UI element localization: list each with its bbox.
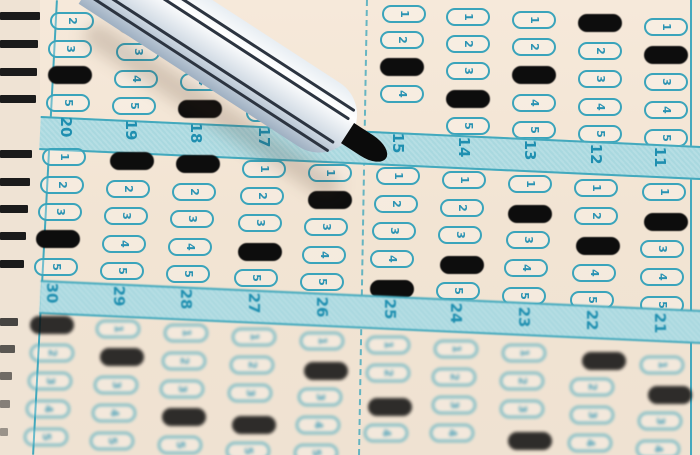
filled-bubble[interactable] [440,256,484,274]
timing-mark [0,260,24,268]
answer-bubble[interactable]: 2 [30,344,74,362]
question-number: 13 [521,136,539,164]
answer-bubble[interactable]: 4 [578,98,622,116]
answer-bubble[interactable]: 3 [228,384,272,402]
filled-bubble[interactable] [644,46,688,64]
question-number: 23 [515,303,533,331]
filled-bubble[interactable] [162,408,206,426]
answer-bubble[interactable]: 2 [240,187,284,205]
answer-bubble[interactable]: 4 [102,235,146,253]
filled-bubble[interactable] [512,66,556,84]
question-number: 19 [122,116,140,144]
question-number: 20 [57,113,75,141]
answer-bubble[interactable]: 4 [92,404,136,422]
question-number: 29 [110,282,128,310]
question-number: 21 [651,309,669,337]
filled-bubble[interactable] [304,362,348,380]
answer-bubble[interactable]: 5 [158,436,202,454]
answer-bubble[interactable]: 2 [446,35,490,53]
timing-mark [0,12,40,20]
filled-bubble[interactable] [110,152,154,170]
answer-bubble[interactable]: 4 [636,440,680,455]
answer-bubble[interactable]: 2 [578,42,622,60]
answer-bubble[interactable]: 3 [28,372,72,390]
answer-bubble[interactable]: 2 [162,352,206,370]
answer-bubble[interactable]: 2 [512,38,556,56]
filled-bubble[interactable] [368,398,412,416]
filled-bubble[interactable] [176,155,220,173]
filled-bubble[interactable] [644,213,688,231]
answer-bubble[interactable]: 3 [438,226,482,244]
answer-bubble[interactable]: 3 [644,73,688,91]
answer-bubble[interactable]: 3 [638,412,682,430]
question-number: 30 [43,279,61,307]
timing-mark [0,318,18,326]
answer-bubble[interactable]: 2 [574,207,618,225]
answer-bubble[interactable]: 4 [640,268,684,286]
answer-bubble[interactable]: 3 [94,376,138,394]
answer-bubble[interactable]: 1 [434,340,478,358]
answer-bubble[interactable]: 1 [446,8,490,26]
filled-bubble[interactable] [238,243,282,261]
answer-bubble[interactable]: 1 [640,356,684,374]
answer-bubble[interactable]: 3 [570,406,614,424]
answer-bubble[interactable]: 1 [574,179,618,197]
right-border-line [690,0,692,455]
timing-mark [0,345,15,353]
answer-bubble[interactable]: 4 [168,238,212,256]
center-divider [358,0,368,455]
timing-mark [0,400,10,408]
answer-bubble[interactable]: 2 [440,199,484,217]
answer-bubble[interactable]: 5 [234,269,278,287]
answer-bubble[interactable]: 3 [238,214,282,232]
question-number: 18 [187,119,205,147]
answer-bubble[interactable]: 2 [500,372,544,390]
answer-bubble[interactable]: 4 [430,424,474,442]
filled-bubble[interactable] [576,237,620,255]
answer-bubble[interactable]: 1 [442,171,486,189]
answer-bubble[interactable]: 2 [366,364,410,382]
filled-bubble[interactable] [446,90,490,108]
answer-bubble[interactable]: 1 [96,320,140,338]
answer-bubble[interactable]: 5 [24,428,68,446]
answer-bubble[interactable]: 1 [382,5,426,23]
answer-bubble[interactable]: 3 [104,207,148,225]
answer-bubble[interactable]: 2 [432,368,476,386]
answer-bubble[interactable]: 1 [232,328,276,346]
answer-bubble[interactable]: 2 [230,356,274,374]
filled-bubble[interactable] [100,348,144,366]
answer-bubble[interactable]: 4 [370,250,414,268]
answer-bubble[interactable]: 5 [166,265,210,283]
timing-mark [0,205,28,213]
pen-tip [341,123,393,168]
timing-mark [0,372,12,380]
answer-bubble[interactable]: 2 [106,180,150,198]
answer-bubble[interactable]: 3 [304,218,348,236]
filled-bubble[interactable] [648,386,692,404]
filled-bubble[interactable] [582,352,626,370]
filled-bubble[interactable] [48,66,92,84]
answer-bubble[interactable]: 1 [512,11,556,29]
answer-bubble[interactable]: 3 [38,203,82,221]
timing-mark [0,232,26,240]
answer-bubble[interactable]: 1 [508,175,552,193]
answer-bubble[interactable]: 3 [500,400,544,418]
answer-bubble[interactable]: 4 [572,264,616,282]
answer-bubble[interactable]: 4 [296,416,340,434]
answer-bubble[interactable]: 1 [644,18,688,36]
answer-bubble[interactable]: 1 [300,332,344,350]
answer-bubble[interactable]: 3 [160,380,204,398]
answer-bubble[interactable]: 2 [172,183,216,201]
filled-bubble[interactable] [508,205,552,223]
answer-bubble[interactable]: 4 [504,259,548,277]
timing-mark [0,68,37,76]
timing-mark [0,178,30,186]
timing-mark [0,40,38,48]
filled-bubble[interactable] [508,432,552,450]
question-number: 26 [313,293,331,321]
timing-mark [0,150,32,158]
answer-bubble[interactable]: 5 [294,444,338,455]
answer-bubble[interactable]: 2 [380,31,424,49]
filled-bubble[interactable] [578,14,622,32]
answer-bubble[interactable]: 5 [112,97,156,115]
answer-bubble[interactable]: 4 [568,434,612,452]
question-number: 28 [177,285,195,313]
question-number: 24 [447,299,465,327]
answer-bubble[interactable]: 3 [170,210,214,228]
answer-bubble[interactable]: 5 [90,432,134,450]
question-number: 22 [583,306,601,334]
answer-bubble[interactable]: 4 [364,424,408,442]
timing-mark [0,95,36,103]
filled-bubble[interactable] [232,416,276,434]
filled-bubble[interactable] [36,230,80,248]
answer-bubble[interactable]: 5 [34,258,78,276]
answer-bubble[interactable]: 1 [502,344,546,362]
answer-bubble[interactable]: 3 [578,70,622,88]
answer-bubble[interactable]: 5 [226,442,270,455]
answer-bubble[interactable]: 3 [446,62,490,80]
answer-bubble[interactable]: 4 [644,101,688,119]
answer-bubble[interactable]: 2 [570,378,614,396]
answer-bubble[interactable]: 3 [298,388,342,406]
answer-bubble[interactable]: 5 [46,94,90,112]
answer-bubble[interactable]: 4 [302,246,346,264]
answer-bubble[interactable]: 4 [512,94,556,112]
answer-bubble[interactable]: 1 [366,336,410,354]
answer-bubble[interactable]: 4 [380,85,424,103]
answer-bubble[interactable]: 5 [100,262,144,280]
question-number: 14 [455,133,473,161]
filled-bubble[interactable] [30,316,74,334]
answer-bubble[interactable]: 3 [506,231,550,249]
answer-bubble[interactable]: 1 [42,148,86,166]
answer-bubble[interactable]: 3 [640,240,684,258]
filled-bubble[interactable] [380,58,424,76]
answer-bubble[interactable]: 2 [40,176,84,194]
answer-bubble[interactable]: 1 [164,324,208,342]
timing-mark [0,428,8,436]
question-number: 27 [245,289,263,317]
question-number: 25 [381,295,399,323]
answer-bubble[interactable]: 5 [300,273,344,291]
question-number: 12 [587,140,605,168]
answer-bubble[interactable]: 3 [432,396,476,414]
question-number: 11 [651,143,669,171]
answer-sheet: 2 3 5 3 4 5 3 4 5 5 1 2 4 1 2 3 5 1 2 4 … [0,0,700,455]
answer-bubble[interactable]: 3 [372,222,416,240]
answer-bubble[interactable]: 1 [642,183,686,201]
answer-bubble[interactable]: 4 [26,400,70,418]
